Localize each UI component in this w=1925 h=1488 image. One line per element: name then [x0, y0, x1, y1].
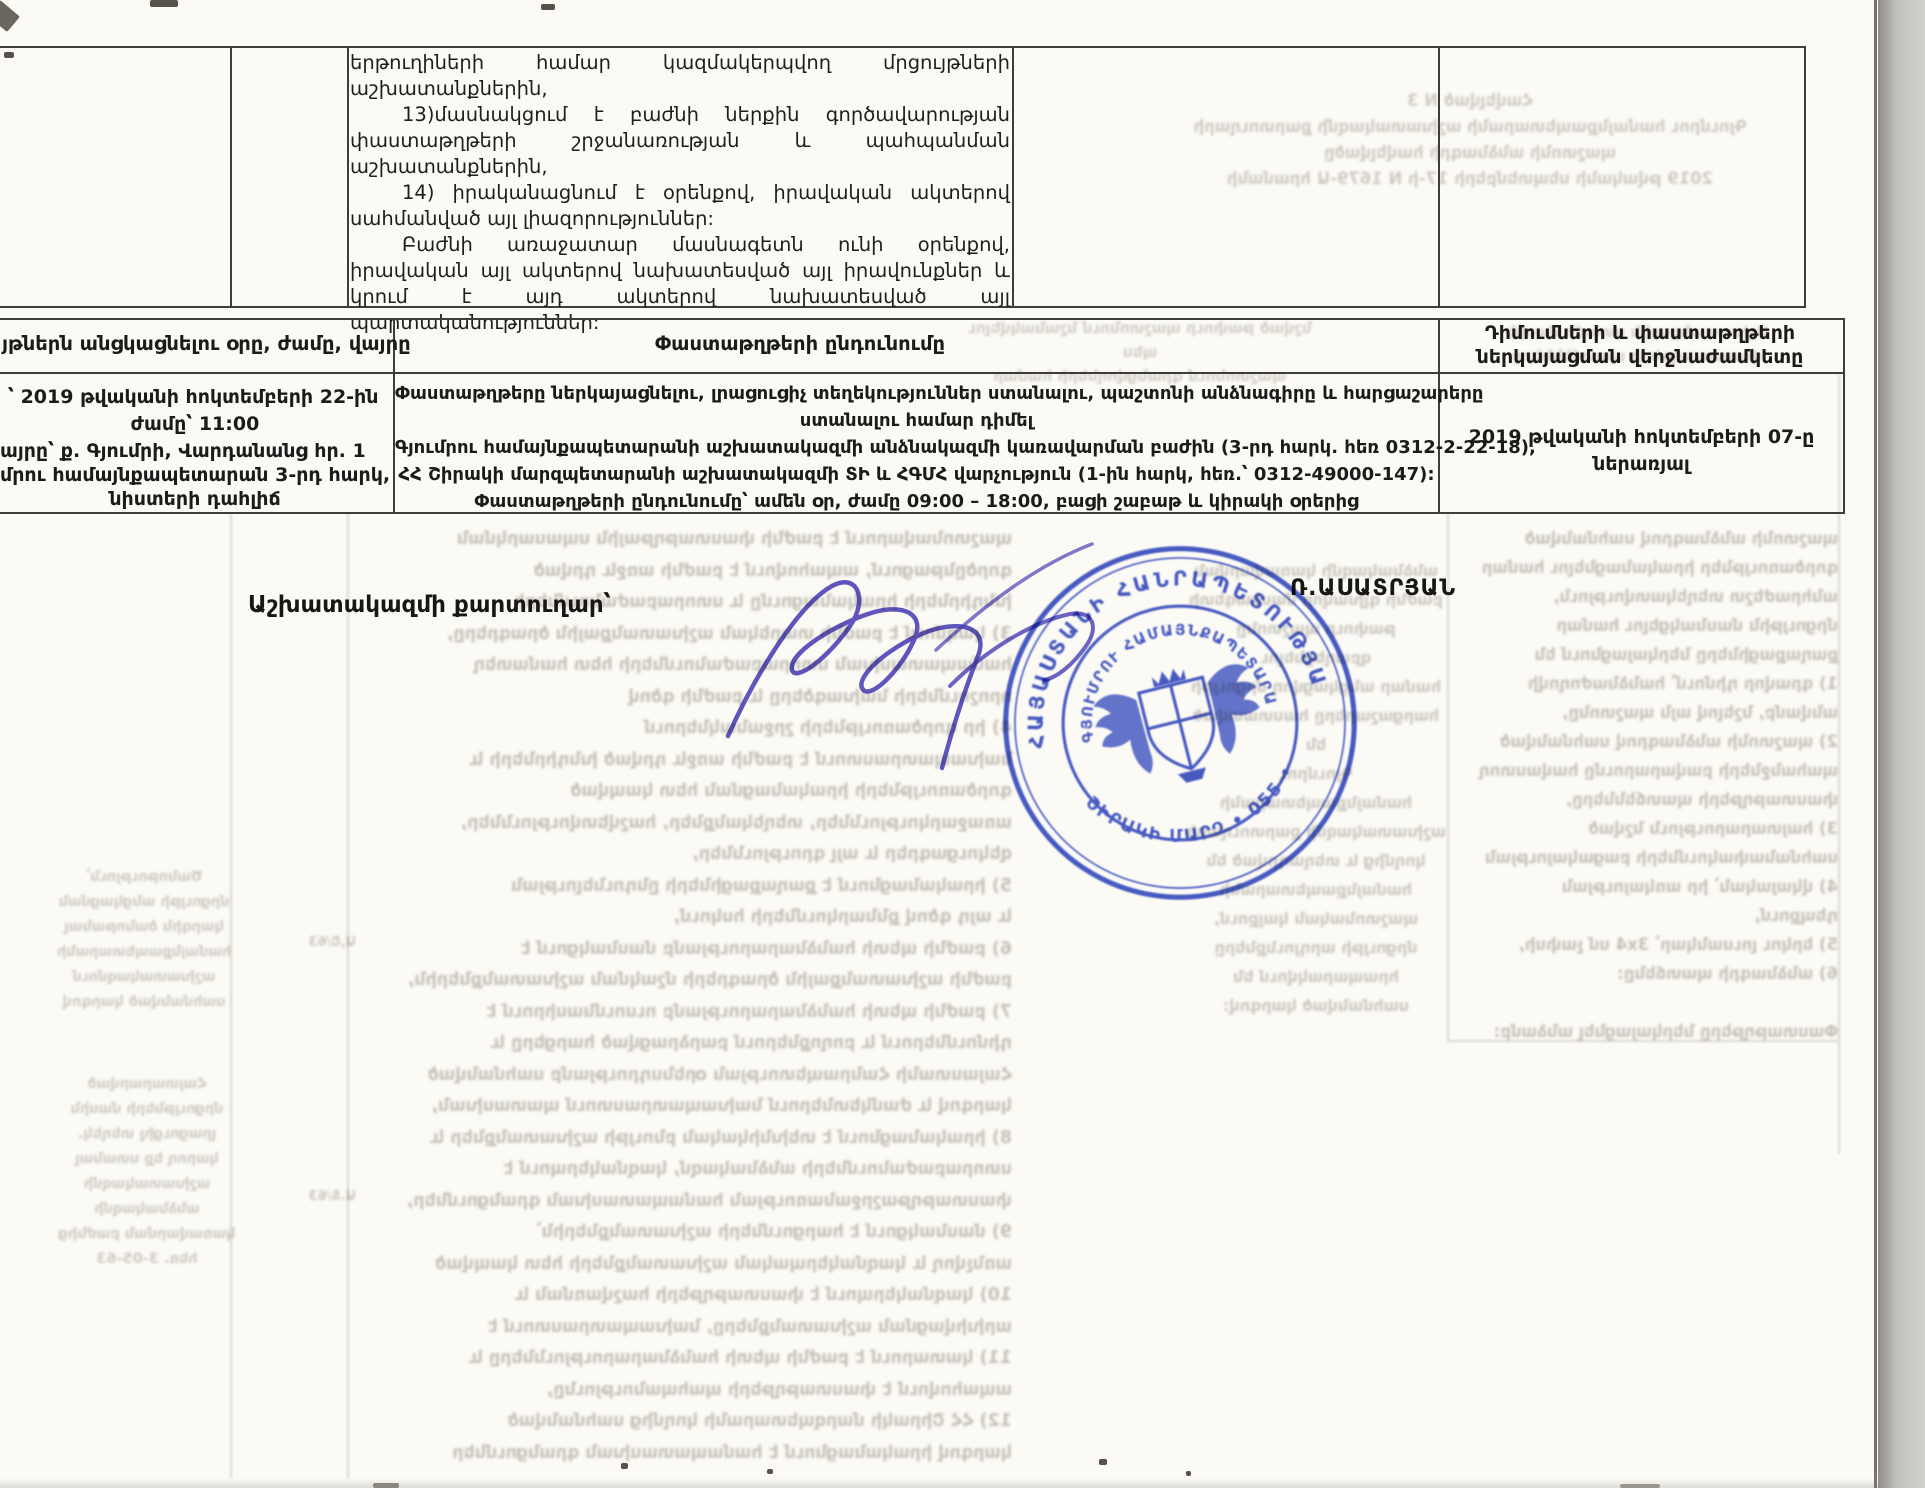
scanned-document-page: { "doc": { "topTable": { "dutiesP1": "եր…	[0, 0, 1925, 1488]
scan-artifact	[767, 1469, 773, 1474]
schedule-v-line	[1843, 318, 1845, 514]
showthrough-grid-line	[347, 512, 349, 1478]
venue-address-line2: մրու համայնքապետարան 3-րդ հարկ,	[0, 462, 390, 489]
scan-artifact	[1186, 1471, 1191, 1476]
stamp-coat-of-arms	[1086, 650, 1275, 801]
scan-artifact	[4, 52, 14, 58]
showthrough-note-left-2: Հայտարարված մրցույթների մասին լրացուցիչ …	[52, 1072, 242, 1272]
venue-date-line: ՝ 2019 թվականի հոկտեմբերի 22-ին	[8, 384, 378, 411]
header-deadline-line2: ներկայացման վերջնաժամկետը	[1440, 346, 1840, 368]
scan-edge-line	[1874, 0, 1877, 1488]
top-table-v-line	[230, 46, 232, 308]
scan-artifact	[1099, 1459, 1107, 1465]
svg-text:ՇԻՐԱԿԻ ՄԱՐԶ • 055 •: ՇԻՐԱԿԻ ՄԱՐԶ • 055 •	[1079, 744, 1311, 871]
showthrough-note-left-1: Ծանոթություն՝ մրցույթի անցկացման կարգին …	[55, 865, 233, 1015]
venue-time-line: ժամը՝ 11:00	[0, 411, 390, 438]
showthrough-grid-line	[1447, 1040, 1838, 1042]
header-acceptance: Փաստաթղթերի ընդունումը	[560, 332, 1040, 355]
scan-right-edge	[1878, 0, 1925, 1488]
schedule-top-border	[0, 318, 1845, 320]
duty-item-13: 13)մասնակցում է բաժնի ներքին գործավարութ…	[350, 102, 1010, 180]
showthrough-mark: Ա.Տ/63	[286, 1182, 356, 1212]
deadline-date: 2019 թվականի հոկտեմբերի 07-ը	[1440, 424, 1843, 451]
acceptance-line3: Գյումրու համայնքապետարանի աշխատակազմի ան…	[395, 434, 1438, 461]
signatory-title: Աշխատակազմի քարտուղար՝	[248, 592, 611, 618]
schedule-header-bottom-border	[0, 372, 1845, 374]
showthrough-appendix-block: Հավելված N 3 Գյումրու համայնքապետարանի ա…	[1140, 88, 1800, 192]
acceptance-line1: Փաստաթղթերը ներկայացնելու, լրացուցիչ տեղ…	[395, 380, 1438, 407]
top-table-v-line	[347, 46, 349, 308]
showthrough-grid-line	[1838, 374, 1840, 1154]
showthrough-grid-line	[230, 512, 232, 1478]
top-table-v-line	[1804, 46, 1806, 308]
duties-closing: Բաժնի առաջատար մասնագետն ունի օրենքով, ի…	[350, 232, 1010, 336]
acceptance-line2: ստանալու համար դիմել	[395, 407, 1438, 434]
deadline-inclusive: ներառյալ	[1440, 451, 1843, 478]
duties-continuation: երթուղիների համար կազմակերպվող մրցույթնե…	[350, 50, 1010, 102]
header-deadline-line1: Դիմումների և փաստաթղթերի	[1440, 322, 1840, 344]
top-table-top-border	[0, 46, 1806, 48]
showthrough-mark: Ա,Շ/63	[286, 928, 356, 958]
stamp-arc-bottom-text: ՇԻՐԱԿԻ ՄԱՐԶ • 055 •	[1079, 744, 1311, 871]
scan-artifact	[150, 0, 178, 7]
top-table-v-line	[1012, 46, 1014, 308]
venue-hall-line: նիստերի դահլիճ	[0, 486, 390, 513]
duty-item-14: 14) իրականացնում է օրենքով, իրավական ակտ…	[350, 180, 1010, 232]
scan-artifact	[373, 1483, 399, 1488]
showthrough-column-right: պաշտոնի անձնագրով սահմանված գործառույթնե…	[1460, 524, 1838, 1046]
venue-address-line1: այրը՝ ք. Գյումրի, Վարդանանց հր. 1	[0, 438, 366, 465]
duties-cell: երթուղիների համար կազմակերպվող մրցույթնե…	[350, 50, 1010, 336]
scan-artifact	[541, 4, 555, 10]
scan-artifact	[1620, 1484, 1660, 1488]
acceptance-line4: ՀՀ Շիրակի մարզպետարանի աշխատակազմի ՏԻ և …	[395, 461, 1438, 488]
header-venue: յթներն անցկացնելու օրը, ժամը, վայրը	[2, 332, 411, 355]
scan-artifact	[621, 1463, 628, 1469]
top-table-v-line	[1438, 46, 1440, 308]
